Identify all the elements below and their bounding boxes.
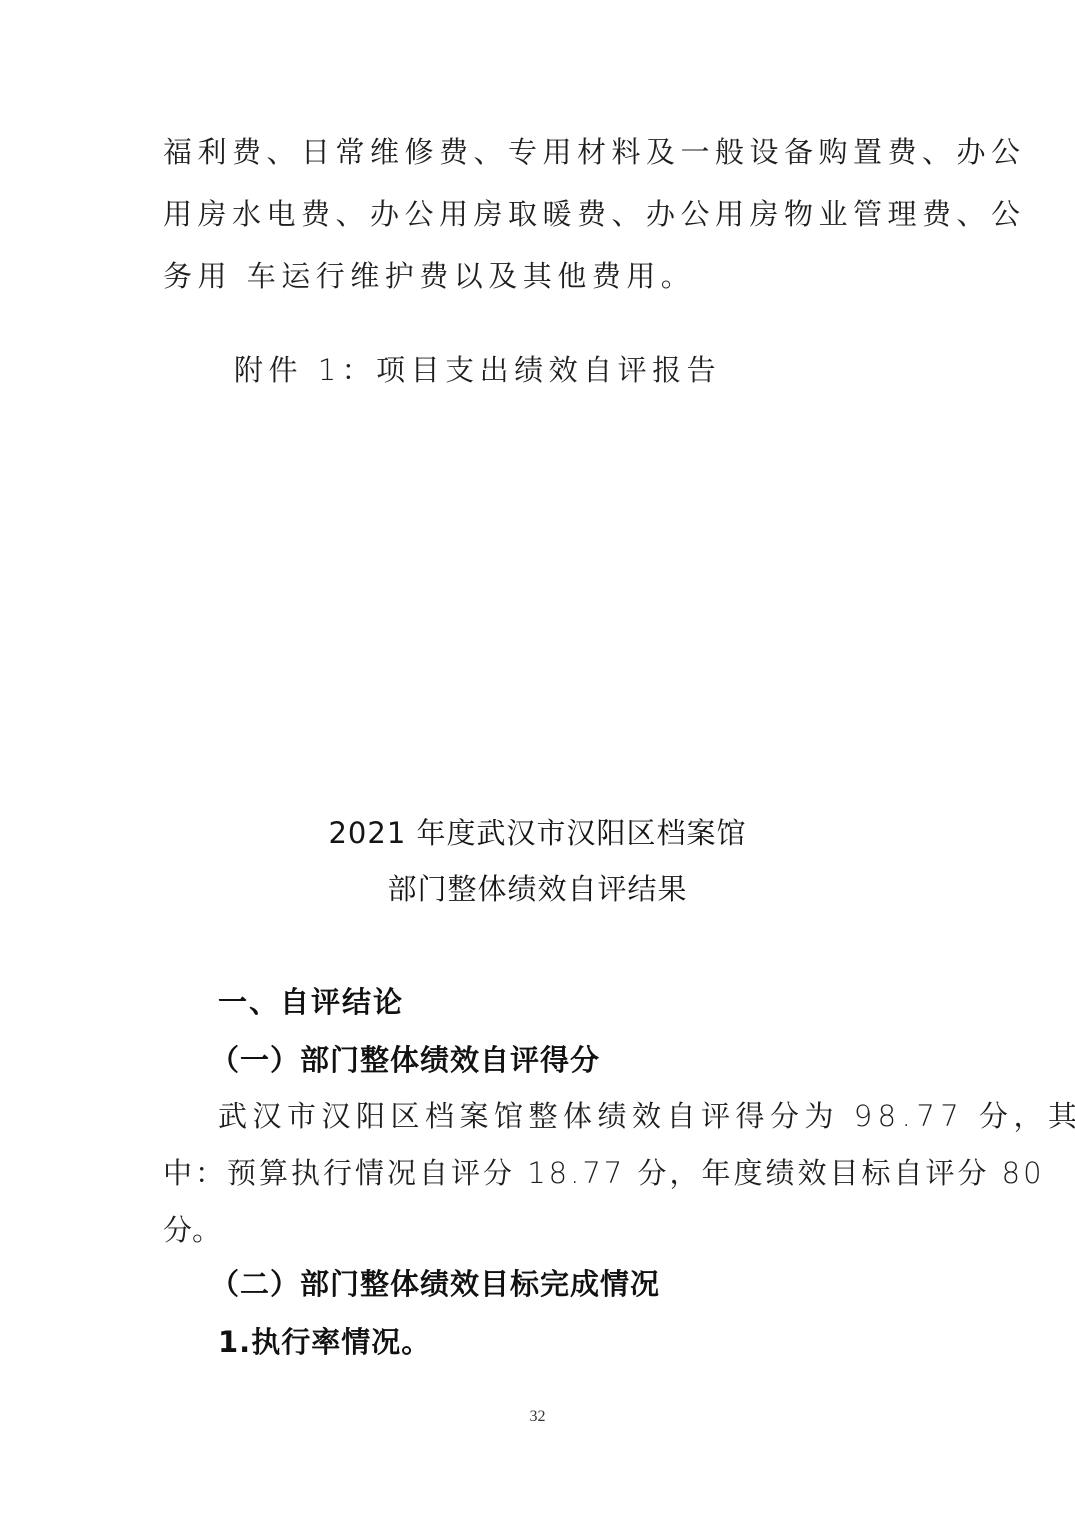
list-item: 1.执行率情况。 — [218, 1322, 431, 1362]
paragraph-line: 用房水电费、办公用房取暖费、办公用房物业管理费、公 — [163, 194, 913, 234]
page-number: 32 — [0, 1408, 1075, 1426]
paragraph-line: 务用 车运行维护费以及其他费用。 — [163, 256, 695, 296]
score-paragraph-line: 武汉市汉阳区档案馆整体绩效自评得分为 98.77 分，其 — [218, 1096, 913, 1136]
score-paragraph-line: 中：预算执行情况自评分 18.77 分，年度绩效目标自评分 80 — [163, 1153, 913, 1193]
score-paragraph-line: 分。 — [163, 1210, 221, 1250]
report-title-line-2: 部门整体绩效自评结果 — [0, 869, 1075, 909]
report-title-line-1: 2021 年度武汉市汉阳区档案馆 — [0, 813, 1075, 853]
document-page: 福利费、日常维修费、专用材料及一般设备购置费、办公 用房水电费、办公用房取暖费、… — [0, 0, 1075, 1521]
paragraph-line: 福利费、日常维修费、专用材料及一般设备购置费、办公 — [163, 132, 913, 172]
subsection-heading: （二）部门整体绩效目标完成情况 — [210, 1264, 660, 1304]
attachment-note: 附件 1：项目支出绩效自评报告 — [234, 350, 721, 390]
subsection-heading: （一）部门整体绩效自评得分 — [210, 1040, 600, 1080]
section-heading: 一、自评结论 — [218, 982, 404, 1022]
